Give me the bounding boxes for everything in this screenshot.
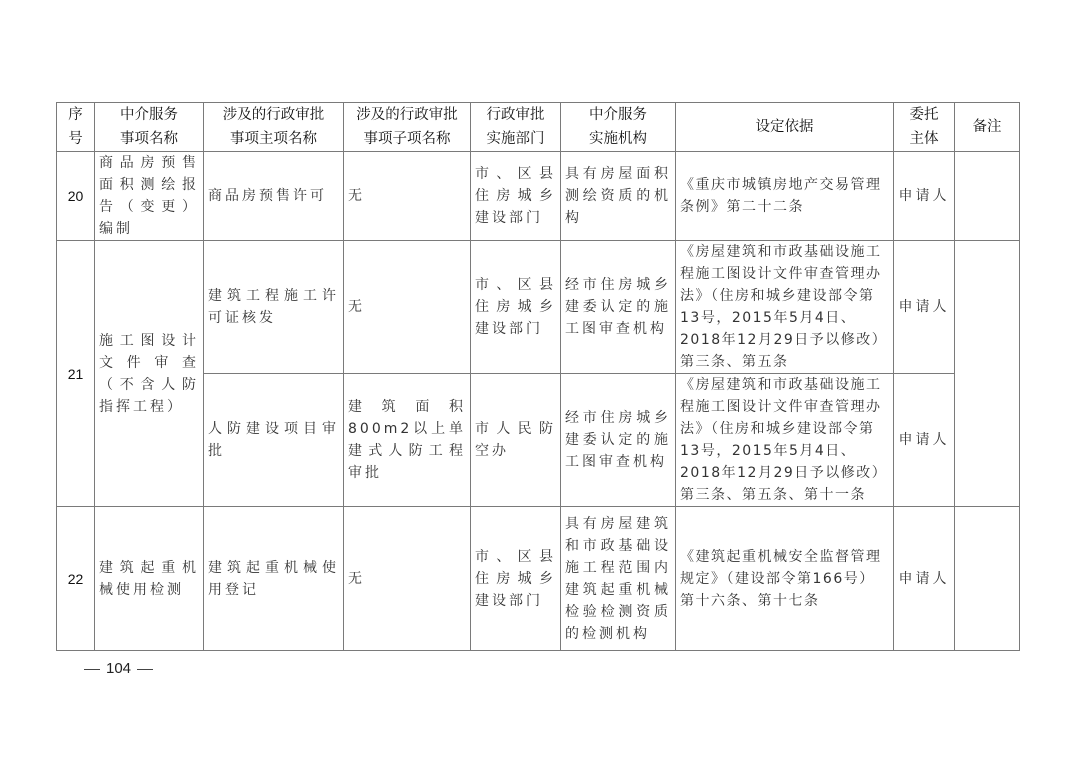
header-sub-item: 涉及的行政审批事项子项名称 (344, 103, 471, 152)
sub-item: 无 (344, 152, 471, 241)
header-seq: 序号 (57, 103, 95, 152)
main-item: 商品房预售许可 (204, 152, 344, 241)
table-row: 21 施工图设计文件审查（不含人防指挥工程） 建筑工程施工许可证核发 无 市、区… (57, 241, 1020, 374)
department: 市、区县住房城乡建设部门 (471, 507, 561, 651)
header-agency: 中介服务实施机构 (561, 103, 676, 152)
entrusted-by: 申请人 (894, 152, 955, 241)
dash-left (84, 669, 100, 670)
department: 市、区县住房城乡建设部门 (471, 241, 561, 374)
page-number: 104 (106, 660, 131, 677)
main-item: 建筑起重机械使用登记 (204, 507, 344, 651)
header-service-name: 中介服务事项名称 (95, 103, 204, 152)
entrusted-by: 申请人 (894, 241, 955, 374)
header-remark: 备注 (955, 103, 1020, 152)
department: 市、区县住房城乡建设部门 (471, 152, 561, 241)
row-number: 22 (57, 507, 95, 651)
table-row: 22 建筑起重机械使用检测 建筑起重机械使用登记 无 市、区县住房城乡建设部门 … (57, 507, 1020, 651)
page-footer: 104 (78, 660, 159, 677)
remark (955, 507, 1020, 651)
department: 市人民防空办 (471, 374, 561, 507)
sub-item: 无 (344, 507, 471, 651)
service-name: 施工图设计文件审查（不含人防指挥工程） (95, 241, 204, 507)
sub-item: 建筑面积800m2以上单建式人防工程审批 (344, 374, 471, 507)
main-item: 建筑工程施工许可证核发 (204, 241, 344, 374)
row-number: 20 (57, 152, 95, 241)
row-number: 21 (57, 241, 95, 507)
header-row: 序号 中介服务事项名称 涉及的行政审批事项主项名称 涉及的行政审批事项子项名称 … (57, 103, 1020, 152)
agency: 具有房屋建筑和市政基础设施工程范围内建筑起重机械检验检测资质的检测机构 (561, 507, 676, 651)
remark (955, 241, 1020, 507)
service-name: 建筑起重机械使用检测 (95, 507, 204, 651)
basis: 《房屋建筑和市政基础设施工程施工图设计文件审查管理办法》（住房和城乡建设部令第1… (676, 374, 894, 507)
basis: 《建筑起重机械安全监督管理规定》（建设部令第166号）第十六条、第十七条 (676, 507, 894, 651)
entrusted-by: 申请人 (894, 507, 955, 651)
agency: 经市住房城乡建委认定的施工图审查机构 (561, 241, 676, 374)
basis: 《重庆市城镇房地产交易管理条例》第二十二条 (676, 152, 894, 241)
header-basis: 设定依据 (676, 103, 894, 152)
agency: 经市住房城乡建委认定的施工图审查机构 (561, 374, 676, 507)
sub-item: 无 (344, 241, 471, 374)
service-name: 商品房预售面积测绘报告（变更）编制 (95, 152, 204, 241)
header-department: 行政审批实施部门 (471, 103, 561, 152)
entrusted-by: 申请人 (894, 374, 955, 507)
basis: 《房屋建筑和市政基础设施工程施工图设计文件审查管理办法》（住房和城乡建设部令第1… (676, 241, 894, 374)
intermediary-services-table: 序号 中介服务事项名称 涉及的行政审批事项主项名称 涉及的行政审批事项子项名称 … (56, 102, 1020, 651)
agency: 具有房屋面积测绘资质的机构 (561, 152, 676, 241)
header-main-item: 涉及的行政审批事项主项名称 (204, 103, 344, 152)
main-item: 人防建设项目审批 (204, 374, 344, 507)
header-entrusted-by: 委托主体 (894, 103, 955, 152)
dash-right (137, 669, 153, 670)
table-row: 20 商品房预售面积测绘报告（变更）编制 商品房预售许可 无 市、区县住房城乡建… (57, 152, 1020, 241)
remark (955, 152, 1020, 241)
